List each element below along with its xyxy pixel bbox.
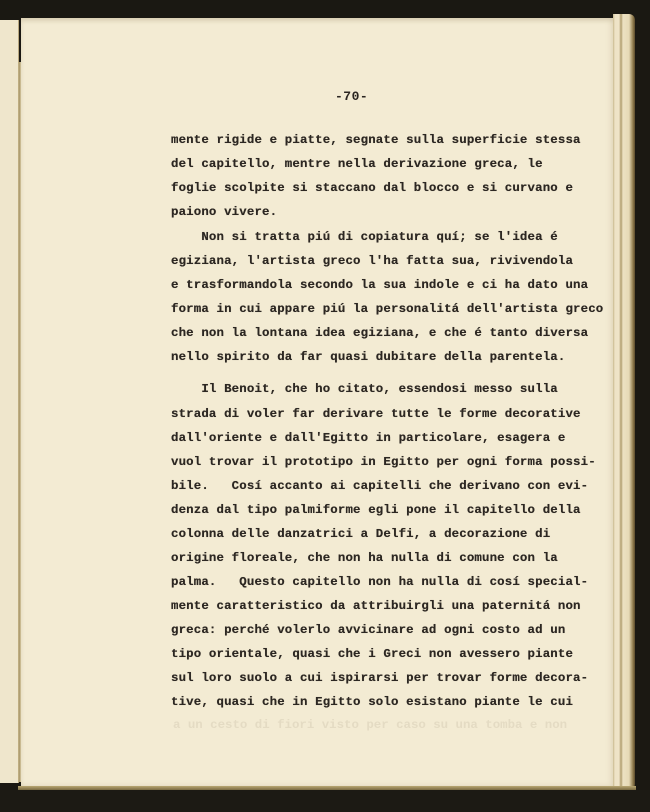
text-line: mente rigide e piatte, segnate sulla sup…: [171, 133, 581, 147]
text-line: Il Benoit, che ho citato, essendosi mess…: [171, 382, 558, 396]
scanner-background-top: [0, 0, 650, 20]
text-line: Non si tratta piú di copiatura quí; se l…: [171, 230, 558, 244]
text-line: tipo orientale, quasi che i Greci non av…: [171, 647, 573, 661]
text-line: forma in cui appare piú la personalitá d…: [171, 302, 603, 316]
text-line: egiziana, l'artista greco l'ha fatta sua…: [171, 254, 573, 268]
text-line: nello spirito da far quasi dubitare dell…: [171, 350, 565, 364]
text-line: palma. Questo capitello non ha nulla di …: [171, 575, 588, 589]
text-line: dall'oriente e dall'Egitto in particolar…: [171, 431, 565, 445]
text-line: colonna delle danzatrici a Delfi, a deco…: [171, 527, 550, 541]
text-line: denza dal tipo palmiforme egli pone il c…: [171, 503, 581, 517]
text-line: del capitello, mentre nella derivazione …: [171, 157, 543, 171]
text-line: greca: perché volerlo avvicinare ad ogni…: [171, 623, 565, 637]
text-line: paiono vivere.: [171, 205, 277, 219]
text-line: mente caratteristico da attribuirgli una…: [171, 599, 581, 613]
text-line: bile. Cosí accanto ai capitelli che deri…: [171, 479, 588, 493]
page-stack-edge: [613, 14, 635, 790]
binding-gutter: [18, 62, 21, 782]
text-line: sul loro suolo a cui ispirarsi per trova…: [171, 671, 588, 685]
text-line: e trasformandola secondo la sua indole e…: [171, 278, 588, 292]
scanner-background-bottom: [0, 790, 650, 812]
facing-page-edge: [0, 20, 19, 783]
text-line: strada di voler far derivare tutte le fo…: [171, 407, 581, 421]
text-line: tive, quasi che in Egitto solo esistano …: [171, 695, 573, 709]
text-line: vuol trovar il prototipo in Egitto per o…: [171, 455, 596, 469]
text-line: che non la lontana idea egiziana, e che …: [171, 326, 588, 340]
bleed-through-text: a un cesto di fiori visto per caso su un…: [173, 718, 567, 732]
text-line: foglie scolpite si staccano dal blocco e…: [171, 181, 573, 195]
text-line: origine floreale, che non ha nulla di co…: [171, 551, 558, 565]
page-number: -70-: [335, 89, 368, 104]
